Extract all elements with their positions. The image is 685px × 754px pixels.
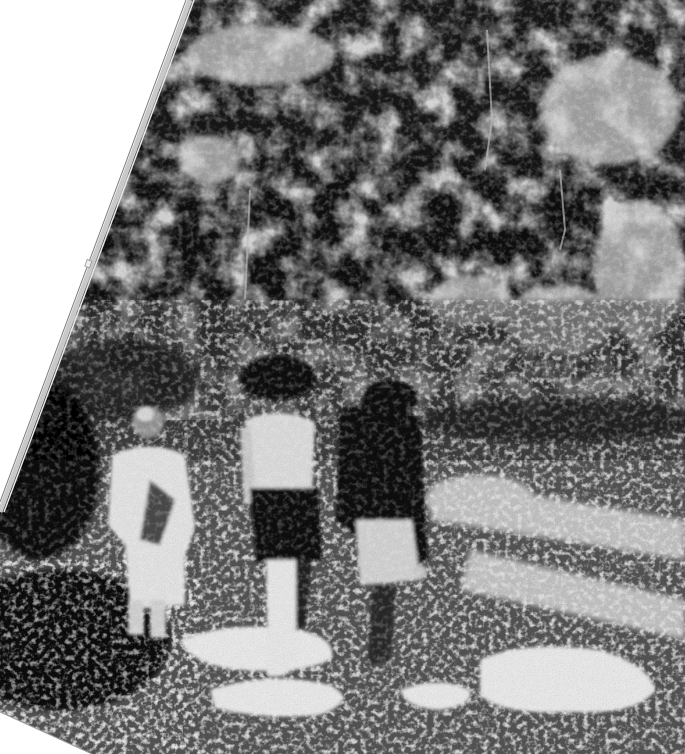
photo-stage: Three children seen from behind walking … [0, 0, 685, 754]
photograph [0, 0, 685, 754]
